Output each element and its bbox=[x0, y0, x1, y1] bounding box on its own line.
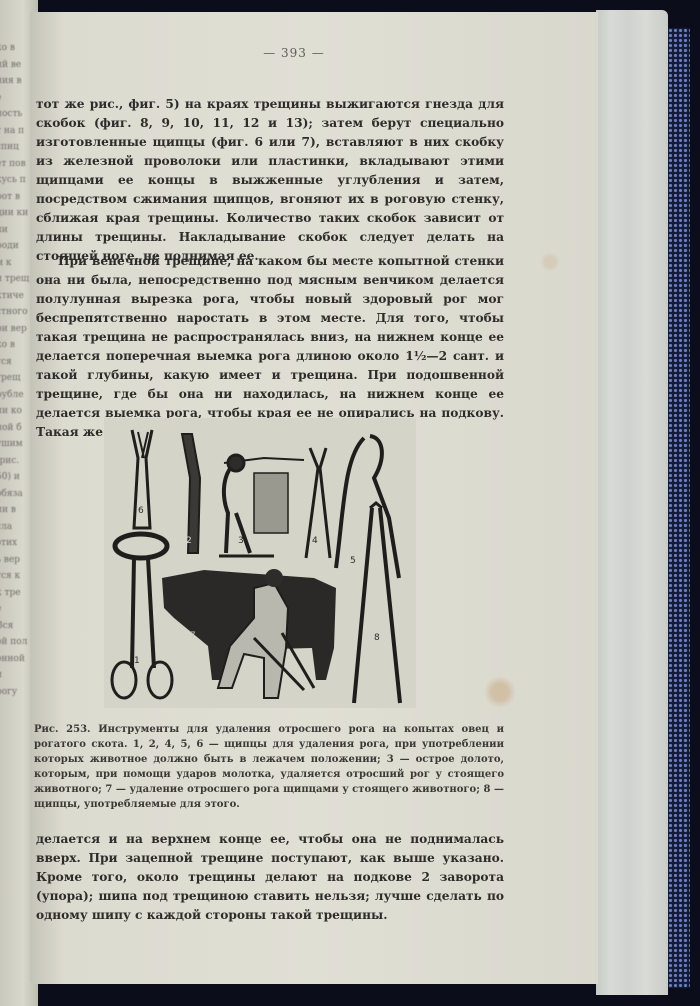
paragraph-3: делается и на верхнем конце ее, чтобы он… bbox=[36, 830, 504, 925]
paragraph-1: тот же рис., фиг. 5) на краях трещины вы… bbox=[36, 95, 504, 266]
book-cover-edge bbox=[668, 28, 690, 988]
paragraph-3-text: делается и на верхнем конце ее, чтобы он… bbox=[36, 830, 504, 925]
figure-label-6: 6 bbox=[138, 506, 144, 516]
figure-253-illustration: 6 2 3 4 5 1 7 8 bbox=[104, 418, 416, 708]
hoof-tools-engraving: 6 2 3 4 5 1 7 8 bbox=[104, 418, 416, 708]
paragraph-1-text: тот же рис., фиг. 5) на краях трещины вы… bbox=[36, 95, 504, 266]
figure-label-3: 3 bbox=[238, 536, 244, 546]
page-number: — 393 — bbox=[30, 46, 558, 60]
figure-label-8: 8 bbox=[374, 633, 380, 643]
figure-label-7: 7 bbox=[190, 631, 196, 641]
figure-label-5: 5 bbox=[350, 556, 356, 566]
figure-label-4: 4 bbox=[312, 536, 318, 546]
paragraph-2-text: При венечной трещине, на каком бы месте … bbox=[36, 252, 504, 442]
book-page: — 393 — тот же рис., фиг. 5) на краях тр… bbox=[30, 12, 598, 984]
page-block-edge bbox=[596, 10, 668, 995]
figure-label-1: 1 bbox=[134, 656, 140, 666]
figure-label-2: 2 bbox=[186, 536, 192, 546]
figure-caption: Рис. 253. Инструменты для удаления отрос… bbox=[34, 722, 504, 812]
paragraph-2: При венечной трещине, на каком бы месте … bbox=[36, 252, 504, 442]
